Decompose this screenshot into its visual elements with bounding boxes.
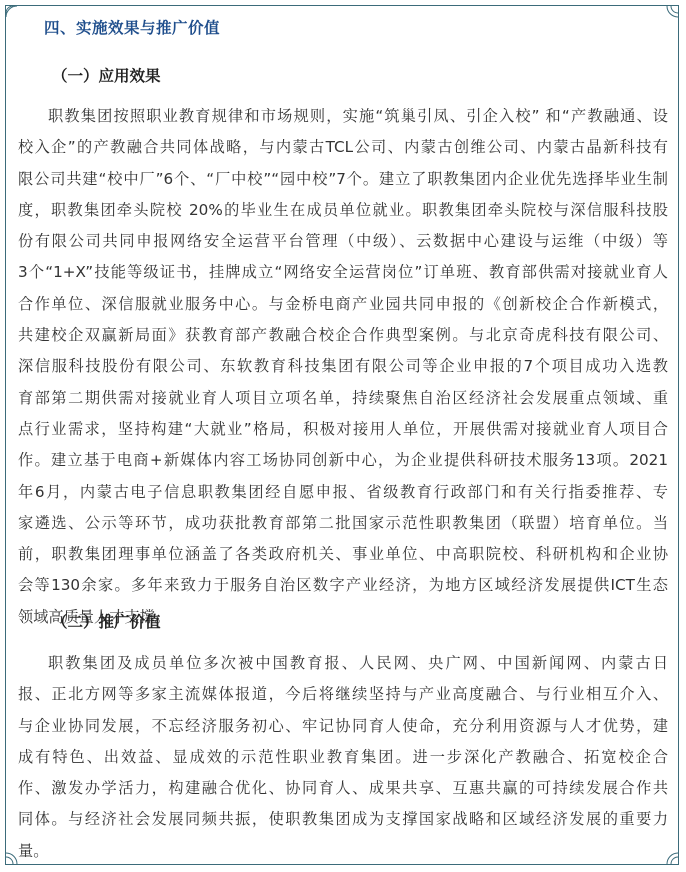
subsection-title-promotion: （二）推广价值	[52, 610, 161, 632]
corner-ornament-icon	[5, 5, 19, 19]
paragraph-line: 作、激发办学活力，构建融合优化、协同育人、成果共享、互惠共赢的可持续发展合作共	[14, 773, 672, 804]
paragraph-line: 职教集团按照职业教育规律和市场规则，实施“筑巢引凤、引企入校” 和“产教融通、设	[14, 101, 672, 132]
paragraph-line: 报、正北方网等多家主流媒体报道，今后将继续坚持与产业高度融合、与行业相互介入、	[14, 679, 672, 710]
subsection-title-application: （一）应用效果	[52, 64, 161, 86]
paragraph-line: 限公司共建“校中厂”6个、“厂中校”“园中校”7个。建立了职教集团内企业优先选择…	[14, 164, 672, 195]
paragraph-line: 校入企”的产教融合共同体战略，与内蒙古TCL公司、内蒙古创维公司、内蒙古晶新科技…	[14, 132, 672, 163]
paragraph-line: 年6月，内蒙古电子信息职教集团经自愿申报、省级教育行政部门和有关行指委推荐、专	[14, 477, 672, 508]
paragraph-line: 成有特色、出效益、显成效的示范性职业教育集团。进一步深化产教融合、拓宽校企合	[14, 742, 672, 773]
paragraph-line: 会等130余家。多年来致力于服务自治区数字产业经济，为地方区域经济发展提供ICT…	[14, 570, 672, 601]
paragraph-line: 育部第二期供需对接就业育人项目立项名单，持续聚焦自治区经济社会发展重点领域、重	[14, 383, 672, 414]
paragraph-line: 合作单位、深信服就业服务中心。与金桥电商产业园共同申报的《创新校企合作新模式，	[14, 289, 672, 320]
paragraph-line: 度，职教集团牵头院校 20%的毕业生在成员单位就业。职教集团牵头院校与深信服科技…	[14, 195, 672, 226]
paragraph-line: 作。建立基于电商+新媒体内容工场协同创新中心，为企业提供科研技术服务13项。20…	[14, 445, 672, 476]
paragraph-line: 量。	[14, 836, 672, 867]
paragraph-line: 深信服科技股份有限公司、东软教育科技集团有限公司等企业申报的7个项目成功入选教	[14, 351, 672, 382]
corner-ornament-icon	[665, 5, 679, 19]
paragraph-line: 职教集团及成员单位多次被中国教育报、人民网、央广网、中国新闻网、内蒙古日	[14, 648, 672, 679]
paragraph-line: 同体。与经济社会发展同频共振，使职教集团成为支撑国家战略和区域经济发展的重要力	[14, 804, 672, 835]
paragraph-line: 份有限公司共同申报网络安全运营平台管理（中级）、云数据中心建设与运维（中级）等	[14, 226, 672, 257]
paragraph-line: 前，职教集团理事单位涵盖了各类政府机关、事业单位、中高职院校、科研机构和企业协	[14, 539, 672, 570]
section-title: 四、实施效果与推广价值	[44, 16, 220, 38]
paragraph-line: 与企业协同发展，不忘经济服务初心、牢记协同育人使命，充分利用资源与人才优势，建	[14, 711, 672, 742]
paragraph-line: 共建校企双赢新局面》获教育部产教融合校企合作典型案例。与北京奇虎科技有限公司、	[14, 320, 672, 351]
paragraph-line: 点行业需求，坚持构建“大就业”格局，积极对接用人单位，开展供需对接就业育人项目合	[14, 414, 672, 445]
paragraph-promotion: 职教集团及成员单位多次被中国教育报、人民网、央广网、中国新闻网、内蒙古日 报、正…	[14, 648, 672, 867]
paragraph-application: 职教集团按照职业教育规律和市场规则，实施“筑巢引凤、引企入校” 和“产教融通、设…	[14, 101, 672, 633]
paragraph-line: 家遴选、公示等环节，成功获批教育部第二批国家示范性职教集团（联盟）培育单位。当	[14, 508, 672, 539]
paragraph-line: 3个“1+X”技能等级证书，挂牌成立“网络安全运营岗位”订单班、教育部供需对接就…	[14, 257, 672, 288]
